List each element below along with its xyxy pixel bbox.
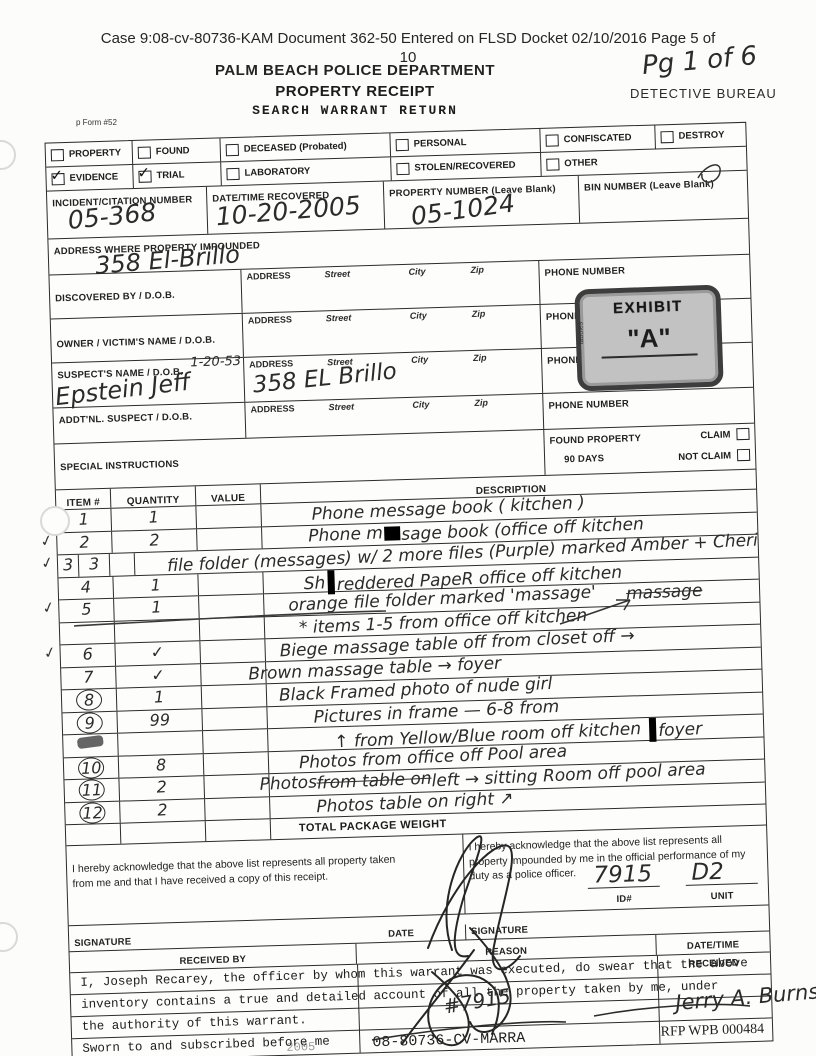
claim-label: CLAIM <box>700 429 730 441</box>
address-label: ADDRESS <box>248 313 326 325</box>
bin-number-field: BIN NUMBER (Leave Blank) <box>579 171 748 223</box>
item-quantity: ✓ <box>151 642 165 663</box>
checkbox-stolen: STOLEN/RECOVERED <box>391 153 542 180</box>
item-number: 1 <box>78 509 89 529</box>
checkbox-deceased-icon[interactable] <box>226 143 239 155</box>
checkbox-confiscated-icon[interactable] <box>545 134 558 146</box>
item-number-circled: 10 <box>77 756 104 778</box>
redaction-mark <box>327 570 335 594</box>
claim-checkbox-icon[interactable] <box>736 428 749 440</box>
exhibit-stamp-brand: tabbies <box>577 322 585 345</box>
found-property-label: FOUND PROPERTY <box>549 433 641 447</box>
document-title-block: PALM BEACH POLICE DEPARTMENT PROPERTY RE… <box>185 62 525 118</box>
hole-punch <box>0 922 18 952</box>
item-number: 6 <box>82 644 93 664</box>
signature-label: SIGNATURE <box>471 925 528 938</box>
owner-victim-label: OWNER / VICTIM'S NAME / D.O.B. <box>56 335 215 351</box>
incident-number-field: INCIDENT/CITATION NUMBER 05-368 <box>47 187 208 239</box>
address-label: ADDRESS <box>250 402 328 414</box>
checkbox-destroy-icon[interactable] <box>660 130 673 142</box>
additional-phone-field: PHONE NUMBER <box>543 388 754 429</box>
item-description: foyer <box>658 719 703 741</box>
discovered-by-label: DISCOVERED BY / D.O.B. <box>55 290 175 305</box>
margin-checkmark-icon: ✓ <box>39 552 55 572</box>
bin-number-label: BIN NUMBER (Leave Blank) <box>584 179 714 194</box>
unit-value: D2 <box>691 859 724 886</box>
checkbox-label: EVIDENCE <box>69 171 118 183</box>
item-number: 7 <box>83 667 94 687</box>
not-claim-checkbox-icon[interactable] <box>737 449 750 461</box>
signature-label: SIGNATURE <box>74 936 131 949</box>
additional-suspect-field: ADDT'NL. SUSPECT / D.O.B. <box>53 403 246 444</box>
total-package-weight-label: TOTAL PACKAGE WEIGHT <box>299 818 447 834</box>
suspect-dob-value: 1-20-53 <box>190 354 241 370</box>
discovered-by-field: DISCOVERED BY / D.O.B. <box>49 270 242 319</box>
city-label: City <box>411 353 473 365</box>
item-quantity: 3 <box>89 554 100 574</box>
suspect-address-field: ADDRESS Street City Zip 358 EL Brillo <box>244 349 543 402</box>
checkbox-label: STOLEN/RECOVERED <box>414 160 515 174</box>
margin-checkmark-icon: ✓ <box>40 597 56 617</box>
street-label: Street <box>326 311 410 323</box>
item-number-header: ITEM # <box>56 489 112 510</box>
acknowledgement-right: I hereby acknowledge that the above list… <box>463 826 768 914</box>
exhibit-stamp: EXHIBIT "A" tabbies <box>574 284 723 391</box>
found-property-field: FOUND PROPERTY 90 DAYS CLAIM NOT CLAIM <box>544 424 755 475</box>
checkbox-other-icon[interactable] <box>546 158 559 170</box>
additional-suspect-label: ADDT'NL. SUSPECT / D.O.B. <box>59 411 193 426</box>
checkbox-personal-icon[interactable] <box>396 138 409 150</box>
checkbox-label: PERSONAL <box>414 137 467 150</box>
bureau-label: DETECTIVE BUREAU <box>630 86 777 101</box>
item-number-circled: 12 <box>79 801 106 823</box>
checkbox-trial: TRIAL <box>133 162 222 188</box>
acknowledgement-left-text: I hereby acknowledge that the above list… <box>72 852 403 891</box>
id-unit-block: 7915 ID# D2 UNIT <box>588 883 759 908</box>
form-number: p Form #52 <box>76 118 117 127</box>
id-value: 7915 <box>593 861 652 889</box>
city-label: City <box>410 309 472 321</box>
item-description: Phone m <box>308 523 383 546</box>
item-description-struck: massage <box>625 581 702 604</box>
city-label: City <box>408 265 470 277</box>
checkbox-laboratory-icon[interactable] <box>226 167 239 179</box>
hole-punch <box>0 140 16 170</box>
id-column: 7915 ID# <box>588 886 661 908</box>
item-quantity: 99 <box>149 710 170 731</box>
item-number: 4 <box>80 577 91 597</box>
item-number-circled: 11 <box>78 779 105 801</box>
checkbox-found-icon[interactable] <box>138 146 151 158</box>
phone-number-label: PHONE NUMBER <box>544 265 625 278</box>
datetime-received-cell: DATE/TIME RECEIVED <box>656 931 770 954</box>
checkbox-label: DESTROY <box>678 129 724 141</box>
statement-line-3-text: the authority of this warrant. <box>82 1013 307 1034</box>
document-subtitle: SEARCH WARRANT RETURN <box>185 103 525 118</box>
item-number: 3 <box>62 555 73 575</box>
item-number-circled: 9 <box>76 711 103 733</box>
checkbox-confiscated: CONFISCATED <box>540 125 656 151</box>
case-number-stamp: 08-80736-CV-MARRA <box>372 1030 525 1052</box>
item-number-circled: 8 <box>76 689 103 711</box>
scanned-document-page: Case 9:08-cv-80736-KAM Document 362-50 E… <box>0 0 816 1056</box>
city-label: City <box>412 398 474 410</box>
street-label: Street <box>324 267 408 279</box>
margin-checkmark-icon: ✓ <box>42 642 58 662</box>
checkbox-label: TRIAL <box>156 169 184 181</box>
acknowledgement-left: I hereby acknowledge that the above list… <box>66 834 465 925</box>
checkbox-personal: PERSONAL <box>390 129 541 156</box>
checkbox-label: OTHER <box>564 157 598 169</box>
zip-label: Zip <box>473 353 487 363</box>
not-claim-label: NOT CLAIM <box>678 450 731 463</box>
checkbox-stolen-icon[interactable] <box>396 162 409 174</box>
datetime-recovered-field: DATE/TIME RECOVERED 10-20-2005 <box>207 182 385 234</box>
document-title: PROPERTY RECEIPT <box>185 83 525 100</box>
checkbox-property-icon[interactable] <box>51 149 64 161</box>
item-quantity: 2 <box>157 800 168 820</box>
property-number-field: PROPERTY NUMBER (Leave Blank) 05-1024 <box>384 176 580 229</box>
item-quantity: 8 <box>155 755 166 775</box>
ninety-days-label: 90 DAYS <box>564 452 642 465</box>
unit-column: D2 UNIT <box>686 883 759 905</box>
item-quantity: 2 <box>156 777 167 797</box>
checkbox-found: FOUND <box>132 138 221 164</box>
item-quantity: 1 <box>148 507 159 527</box>
zip-label: Zip <box>472 309 486 319</box>
checkbox-trial-icon[interactable] <box>138 170 151 182</box>
item-quantity: 1 <box>153 687 164 707</box>
item-quantity: 1 <box>150 575 161 595</box>
suspect-name-field: SUSPECT'S NAME / D.O.B. 1-20-53 Epstein … <box>52 358 245 408</box>
checkbox-label: CONFISCATED <box>563 132 631 145</box>
item-description-struck: from table on <box>317 769 433 794</box>
bates-number: RFP WPB 000484 <box>660 1022 764 1041</box>
special-instructions-label: SPECIAL INSTRUCTIONS <box>60 459 179 474</box>
checkbox-evidence-icon[interactable] <box>51 173 64 185</box>
hole-punch <box>40 506 70 536</box>
item-number: 5 <box>81 599 92 619</box>
address-label: ADDRESS <box>246 269 324 281</box>
owner-address-field: ADDRESS Street City Zip <box>243 305 542 357</box>
exhibit-stamp-title: EXHIBIT <box>580 297 717 319</box>
checkbox-label: LABORATORY <box>244 166 310 179</box>
property-receipt-form: PROPERTY FOUND DECEASED (Probated) PERSO… <box>45 122 774 1056</box>
checkbox-label: DECEASED (Probated) <box>244 141 347 155</box>
redaction-mark <box>384 526 400 540</box>
discovered-address-field: ADDRESS Street City Zip <box>241 261 540 313</box>
court-header-line1: Case 9:08-cv-80736-KAM Document 362-50 E… <box>0 30 816 47</box>
id-label: ID# <box>616 894 632 905</box>
phone-number-label: PHONE NUMBER <box>548 398 629 411</box>
date-label: DATE <box>388 928 414 940</box>
item-quantity: ✓ <box>151 665 165 686</box>
redaction-mark <box>649 718 657 742</box>
zip-label: Zip <box>474 398 488 408</box>
item-description: Sh <box>303 573 325 594</box>
checkbox-property: PROPERTY <box>46 141 134 167</box>
partial-year-text: 2005 <box>286 1040 315 1055</box>
checkbox-label: FOUND <box>156 145 190 157</box>
item-quantity: 2 <box>149 530 160 550</box>
department-title: PALM BEACH POLICE DEPARTMENT <box>185 62 525 79</box>
item-quantity: 1 <box>151 597 162 617</box>
item-number: 2 <box>79 532 90 552</box>
checkbox-evidence: EVIDENCE <box>46 165 134 191</box>
unit-label: UNIT <box>711 891 734 903</box>
street-label: Street <box>328 400 412 412</box>
zip-label: Zip <box>470 265 484 275</box>
item-description: Photos <box>259 772 317 794</box>
checkbox-label: PROPERTY <box>69 147 122 160</box>
quantity-header: QUANTITY <box>111 486 197 508</box>
scratched-item-number <box>77 735 104 749</box>
checkbox-destroy: DESTROY <box>655 123 746 149</box>
exhibit-stamp-letter: "A" <box>601 321 698 358</box>
value-header: VALUE <box>196 484 262 505</box>
